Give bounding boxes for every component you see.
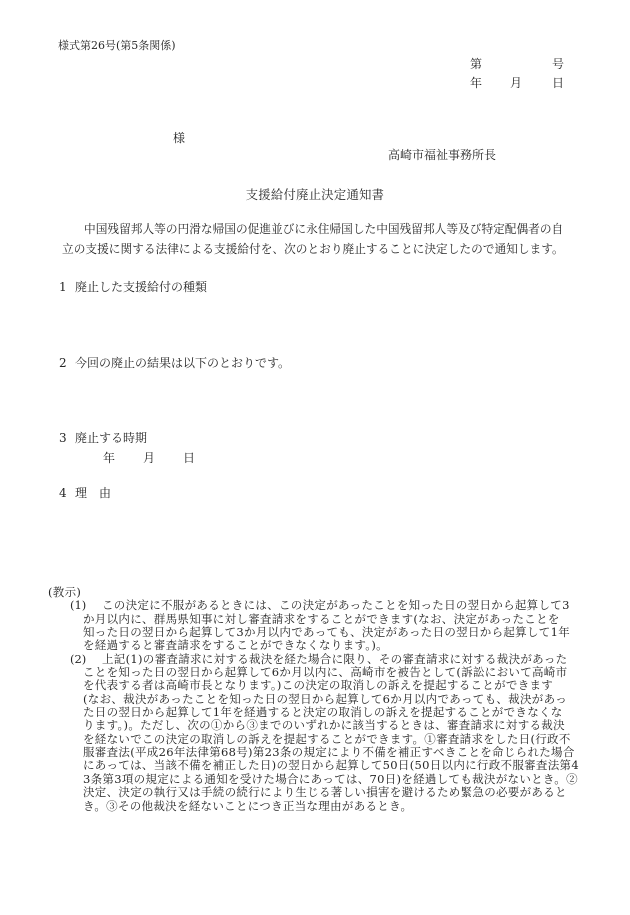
- section-4-heading: 4理 由: [59, 484, 111, 501]
- appeal-item-2-line: ります。)。ただし、次の①から③までのいずれかに該当するときは、審査請求に対する…: [0, 719, 630, 732]
- appeal-item-2-line: 服審査法(平成26年法律第68号)第23条の規定により不備を補正すべきことを命じ…: [0, 746, 630, 759]
- doc-number-prefix: 第: [470, 55, 482, 72]
- recipient-honorific: 様: [173, 129, 185, 146]
- section-1-heading: 1廃止した支援給付の種類: [59, 278, 207, 295]
- appeal-item-2-line: き。③その他裁決を経ないことにつき正当な理由があるとき。: [0, 800, 630, 813]
- appeal-item-2-line: (なお、裁決があったことを知った日の翌日から起算して6か月以内であっても、裁決が…: [0, 693, 630, 706]
- termination-date-year-label: 年: [103, 449, 115, 466]
- appeal-item-2-label: (2): [70, 653, 102, 666]
- appeal-item-1-text: この決定に不服があるときには、この決定があったことを知った日の翌日から起算して3: [102, 598, 570, 612]
- appeal-item-1-line: か月以内に、群馬県知事に対し審査請求をすることができます(なお、決定があったこと…: [0, 613, 630, 626]
- appeal-item-2-text: 上記(1)の審査請求に対する裁決を経た場合に限り、その審査請求に対する裁決があっ…: [102, 652, 567, 666]
- appeal-item-1-label: (1): [70, 599, 102, 612]
- section-3-title: 廃止する時期: [75, 431, 147, 445]
- appeal-instructions-heading: (教示): [0, 586, 630, 599]
- appeal-item-2-line: (2)上記(1)の審査請求に対する裁決を経た場合に限り、その審査請求に対する裁決…: [0, 653, 630, 666]
- appeal-item-2-line: にあっては、当該不備を補正した日)の翌日から起算して50日(50日以内に行政不服…: [0, 759, 630, 772]
- section-3-heading: 3廃止する時期: [59, 429, 147, 446]
- doc-number-suffix: 号: [552, 55, 564, 72]
- appeal-item-1-line: を経過すると審査請求をすることができなくなります。)。: [0, 639, 630, 652]
- section-2-number: 2: [59, 356, 75, 370]
- section-2-title: 今回の廃止の結果は以下のとおりです。: [75, 356, 290, 370]
- appeal-item-2-line: 決定、決定の執行又は手続の続行により生じる著しい損害を避けるため緊急の必要がある…: [0, 786, 630, 799]
- section-3-number: 3: [59, 431, 75, 445]
- doc-date-day-label: 日: [552, 74, 564, 91]
- section-4-number: 4: [59, 486, 75, 500]
- appeal-item-2-line: 3条第3項の規定による通知を受けた場合にあっては、70日)を経過しても裁決がない…: [0, 773, 630, 786]
- doc-date-month-label: 月: [510, 74, 522, 91]
- body-line: 中国残留邦人等の円滑な帰国の促進並びに永住帰国した中国残留邦人等及び特定配偶者の…: [62, 219, 582, 239]
- appeal-instructions: (教示) (1)この決定に不服があるときには、この決定があったことを知った日の翌…: [0, 586, 630, 813]
- body-paragraph: 中国残留邦人等の円滑な帰国の促進並びに永住帰国した中国残留邦人等及び特定配偶者の…: [62, 219, 582, 259]
- appeal-item-2-line: を経ないでこの決定の取消しの訴えを提起することができます。①審査請求をした日(行…: [0, 733, 630, 746]
- appeal-item-2-line: を代表する者は高崎市長となります。)この決定の取消しの訴えを提起することができま…: [0, 679, 630, 692]
- body-line: 立の支援に関する法律による支援給付を、次のとおり廃止することに決定したので通知し…: [62, 239, 582, 259]
- termination-date-month-label: 月: [143, 449, 155, 466]
- section-2-heading: 2今回の廃止の結果は以下のとおりです。: [59, 354, 290, 371]
- document-title: 支援給付廃止決定通知書: [0, 185, 630, 203]
- notice-document-page: 様式第26号(第5条関係) 第 号 年 月 日 様 高崎市福祉事務所長 支援給付…: [0, 0, 630, 915]
- appeal-item-1-line: (1)この決定に不服があるときには、この決定があったことを知った日の翌日から起算…: [0, 599, 630, 612]
- doc-date-year-label: 年: [470, 74, 482, 91]
- section-4-title: 理 由: [75, 486, 111, 500]
- appeal-item-1-line: 知った日の翌日から起算して3か月以内であっても、決定があった日の翌日から起算して…: [0, 626, 630, 639]
- section-1-number: 1: [59, 280, 75, 294]
- appeal-item-2-line: た日の翌日から起算して1年を経過すると決定の取消しの訴えを提起することができなく…: [0, 706, 630, 719]
- termination-date-day-label: 日: [183, 449, 195, 466]
- sender-title: 高崎市福祉事務所長: [388, 146, 496, 163]
- form-number: 様式第26号(第5条関係): [58, 37, 176, 53]
- section-1-title: 廃止した支援給付の種類: [75, 280, 207, 294]
- appeal-item-2-line: ことを知った日の翌日から起算して6か月以内に、高崎市を被告として(訴訟において高…: [0, 666, 630, 679]
